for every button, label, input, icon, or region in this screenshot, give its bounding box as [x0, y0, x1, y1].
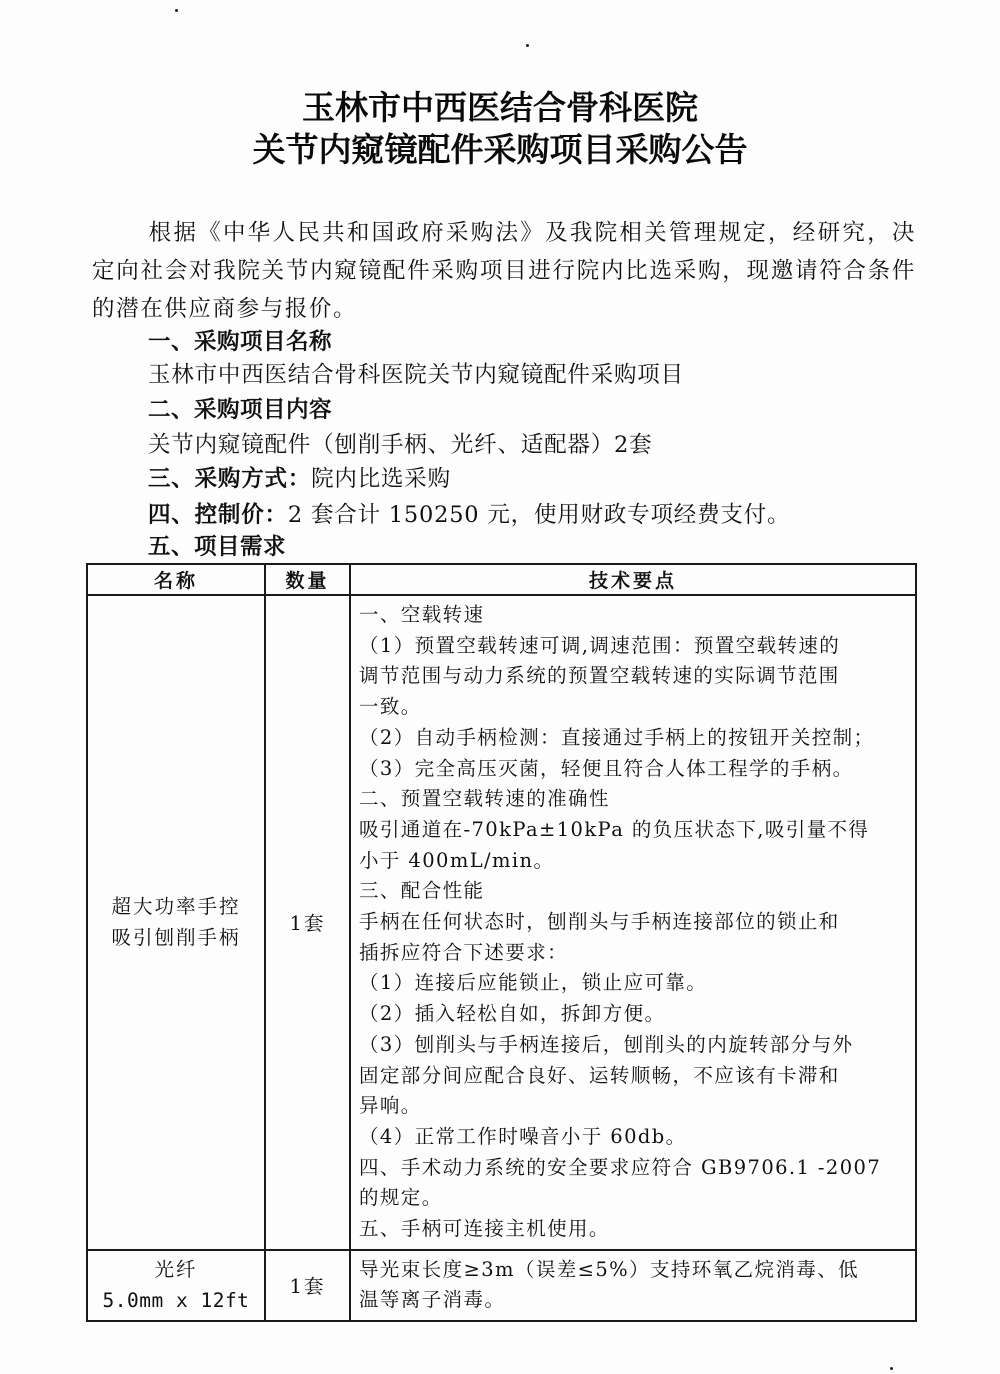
intro-paragraph: 根据《中华人民共和国政府采购法》及我院相关管理规定，经研究，决定向社会对我院关节…: [92, 214, 916, 328]
intro-text: 根据《中华人民共和国政府采购法》及我院相关管理规定，经研究，决定向社会对我院关节…: [92, 220, 916, 322]
tech-line: 的规定。: [359, 1183, 907, 1214]
section-2-heading: 二、采购项目内容: [148, 392, 332, 428]
tech-line: （1）连接后应能锁止，锁止应可靠。: [359, 968, 907, 999]
table-row: 超大功率手控 吸引刨削手柄 1套 一、空载转速 （1）预置空载转速可调,调速范围…: [87, 595, 916, 1250]
section-3: 三、采购方式：院内比选采购: [148, 461, 451, 497]
item-quantity: 1套: [265, 1250, 350, 1321]
section-3-label: 三、采购方式：: [148, 466, 311, 492]
tech-line: （1）预置空载转速可调,调速范围：预置空载转速的: [359, 631, 907, 662]
document-title-line2: 关节内窥镜配件采购项目采购公告: [0, 130, 1000, 170]
tech-line: 三、配合性能: [359, 876, 907, 907]
tech-line: 插拆应符合下述要求：: [359, 938, 907, 969]
item-name-line: 5.0mm x 12ft: [88, 1285, 264, 1316]
tech-line: （2）插入轻松自如，拆卸方便。: [359, 999, 907, 1030]
tech-line: （4）正常工作时噪音小于 60db。: [359, 1122, 907, 1153]
header-quantity: 数量: [265, 564, 350, 595]
tech-line: 导光束长度≥3m（误差≤5%）支持环氧乙烷消毒、低: [359, 1255, 907, 1286]
tech-line: 一致。: [359, 692, 907, 723]
tech-line: 手柄在任何状态时，刨削头与手柄连接部位的锁止和: [359, 907, 907, 938]
tech-line: 四、手术动力系统的安全要求应符合 GB9706.1 -2007: [359, 1153, 907, 1184]
section-2-body: 关节内窥镜配件（刨削手柄、光纤、适配器）2套: [148, 427, 652, 463]
header-technical-points: 技术要点: [350, 564, 916, 595]
document-page: 玉林市中西医结合骨科医院 关节内窥镜配件采购项目采购公告 根据《中华人民共和国政…: [0, 0, 1000, 1374]
tech-line: （2）自动手柄检测：直接通过手柄上的按钮开关控制；: [359, 723, 907, 754]
tech-line: 调节范围与动力系统的预置空载转速的实际调节范围: [359, 661, 907, 692]
scan-speck: [890, 1367, 893, 1370]
tech-line: 小于 400mL/min。: [359, 846, 907, 877]
document-title-line1: 玉林市中西医结合骨科医院: [0, 88, 1000, 128]
tech-line: 五、手柄可连接主机使用。: [359, 1214, 907, 1245]
item-tech-cell: 一、空载转速 （1）预置空载转速可调,调速范围：预置空载转速的 调节范围与动力系…: [350, 595, 916, 1250]
item-name-cell: 光纤 5.0mm x 12ft: [87, 1250, 265, 1321]
item-name-line: 光纤: [88, 1254, 264, 1285]
section-3-value: 院内比选采购: [311, 466, 451, 492]
table-row: 光纤 5.0mm x 12ft 1套 导光束长度≥3m（误差≤5%）支持环氧乙烷…: [87, 1250, 916, 1321]
header-name: 名称: [87, 564, 265, 595]
tech-line: 异响。: [359, 1091, 907, 1122]
tech-line: 温等离子消毒。: [359, 1285, 907, 1316]
section-4-label: 四、控制价：: [148, 502, 288, 528]
section-4: 四、控制价：2 套合计 150250 元，使用财政专项经费支付。: [148, 497, 790, 533]
requirements-table: 名称 数量 技术要点 超大功率手控 吸引刨削手柄 1套 一、空载转速 （1）预置…: [86, 563, 917, 1322]
tech-line: 吸引通道在-70kPa±10kPa 的负压状态下,吸引量不得: [359, 815, 907, 846]
item-name-line: 超大功率手控: [88, 891, 264, 922]
item-quantity: 1套: [265, 595, 350, 1250]
section-1-heading: 一、采购项目名称: [148, 324, 332, 360]
item-tech-cell: 导光束长度≥3m（误差≤5%）支持环氧乙烷消毒、低 温等离子消毒。: [350, 1250, 916, 1321]
section-4-value: 2 套合计 150250 元，使用财政专项经费支付。: [288, 502, 790, 528]
section-5-heading: 五、项目需求: [148, 529, 286, 565]
item-name-line: 吸引刨削手柄: [88, 922, 264, 953]
scan-speck: [175, 9, 178, 12]
tech-line: 一、空载转速: [359, 600, 907, 631]
scan-speck: [526, 44, 529, 47]
tech-line: （3）完全高压灭菌，轻便且符合人体工程学的手柄。: [359, 754, 907, 785]
tech-line: 二、预置空载转速的准确性: [359, 784, 907, 815]
table-header-row: 名称 数量 技术要点: [87, 564, 916, 595]
tech-line: （3）刨削头与手柄连接后，刨削头的内旋转部分与外: [359, 1030, 907, 1061]
item-name-cell: 超大功率手控 吸引刨削手柄: [87, 595, 265, 1250]
section-1-body: 玉林市中西医结合骨科医院关节内窥镜配件采购项目: [148, 357, 684, 393]
tech-line: 固定部分间应配合良好、运转顺畅，不应该有卡滞和: [359, 1061, 907, 1092]
